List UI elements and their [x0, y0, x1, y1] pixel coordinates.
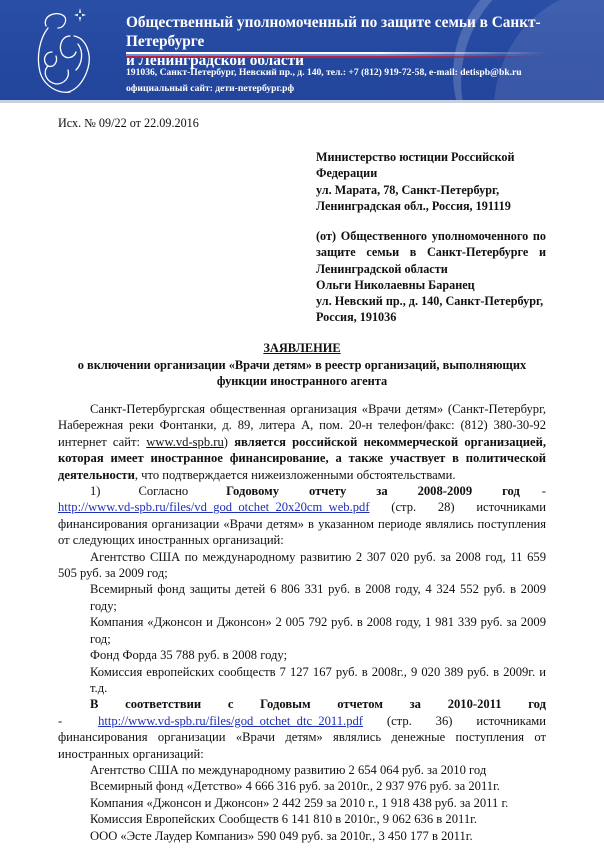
sender-line: ул. Невский пр., д. 140, Санкт-Петербург…	[316, 293, 546, 309]
letterhead-address: 191036, Санкт-Петербург, Невский пр., д.…	[126, 65, 596, 81]
point-text: Согласно	[101, 484, 227, 498]
addressee-line: Федерации	[316, 165, 546, 181]
funder-entry: ООО «Эсте Лаудер Компаниз» 590 049 руб. …	[58, 828, 546, 844]
funder-entry: Агентство США по международному развитию…	[58, 762, 546, 778]
letterhead-edge	[0, 100, 604, 103]
sender-line: (от) Общественного уполномоченного по	[316, 228, 546, 244]
letterhead: Общественный уполномоченный по защите се…	[0, 0, 604, 103]
funder-entry: Всемирный фонд «Детство» 4 666 316 руб. …	[58, 778, 546, 794]
statement-subtitle: функции иностранного агента	[58, 373, 546, 390]
statement-subtitle: о включении организации «Врачи детям» в …	[58, 357, 546, 374]
funder-entry: Комиссия европейских сообществ 7 127 167…	[58, 664, 546, 697]
letterhead-title: Общественный уполномоченный по защите се…	[126, 13, 586, 70]
addressee-line: Министерство юстиции Российской	[316, 149, 546, 165]
letterhead-title-line: Общественный уполномоченный по защите се…	[126, 13, 586, 51]
funder-entry: Компания «Джонсон и Джонсон» 2 442 259 з…	[58, 795, 546, 811]
point-1-paragraph: 1) Согласно Годовому отчету за 2008-2009…	[58, 483, 546, 549]
sender-line: защите семьи в Санкт-Петербурге и	[316, 244, 546, 260]
org-website-link[interactable]: www.vd-spb.ru	[146, 435, 224, 449]
intro-text: , что подтверждается нижеизложенными обс…	[135, 468, 456, 482]
intro-text: )	[224, 435, 234, 449]
funder-entry: Фонд Форда 35 788 руб. в 2008 году;	[58, 647, 546, 663]
sender-line: Россия, 191036	[316, 309, 546, 325]
intro-paragraph: Санкт-Петербургская общественная организ…	[58, 401, 546, 483]
statement-heading: ЗАЯВЛЕНИЕ	[58, 340, 546, 357]
point-2-paragraph: В соответствии с Годовым отчетом за 2010…	[58, 696, 546, 762]
funder-entry: Всемирный фонд защиты детей 6 806 331 ру…	[58, 581, 546, 614]
flag-stripes	[126, 52, 546, 58]
statement-body: Санкт-Петербургская общественная организ…	[58, 401, 546, 844]
report-title-2010-2011: В соответствии с Годовым отчетом за 2010…	[90, 697, 546, 711]
funder-entry: Агентство США по международному развитию…	[58, 549, 546, 582]
letterhead-website: официальный сайт: дети-петербург.рф	[126, 81, 596, 97]
point-text: -	[520, 484, 546, 498]
family-star-logo-icon	[34, 6, 96, 96]
outgoing-number: Исх. № 09/22 от 22.09.2016	[58, 116, 199, 131]
point-text: -	[58, 714, 98, 728]
sender-block: (от) Общественного уполномоченного по за…	[316, 228, 546, 326]
statement-title: ЗАЯВЛЕНИЕ о включении организации «Врачи…	[58, 340, 546, 390]
report-link-2010-2011[interactable]: http://www.vd-spb.ru/files/god_otchet_dt…	[98, 714, 363, 728]
report-title-2008-2009: Годовому отчету за 2008-2009 год	[226, 484, 520, 498]
addressee-block: Министерство юстиции Российской Федераци…	[316, 149, 546, 214]
point-number: 1)	[90, 484, 101, 498]
addressee-line: ул. Марата, 78, Санкт-Петербург,	[316, 182, 546, 198]
report-link-2008-2009[interactable]: http://www.vd-spb.ru/files/vd_god_otchet…	[58, 500, 370, 514]
funder-entry: Компания «Джонсон и Джонсон» 2 005 792 р…	[58, 614, 546, 647]
addressee-line: Ленинградская обл., Россия, 191119	[316, 198, 546, 214]
sender-line: Ленинградской области	[316, 261, 546, 277]
funder-entry: Комиссия Европейских Сообществ 6 141 810…	[58, 811, 546, 827]
sender-name: Ольги Николаевны Баранец	[316, 277, 546, 293]
letterhead-contacts: 191036, Санкт-Петербург, Невский пр., д.…	[126, 65, 596, 97]
